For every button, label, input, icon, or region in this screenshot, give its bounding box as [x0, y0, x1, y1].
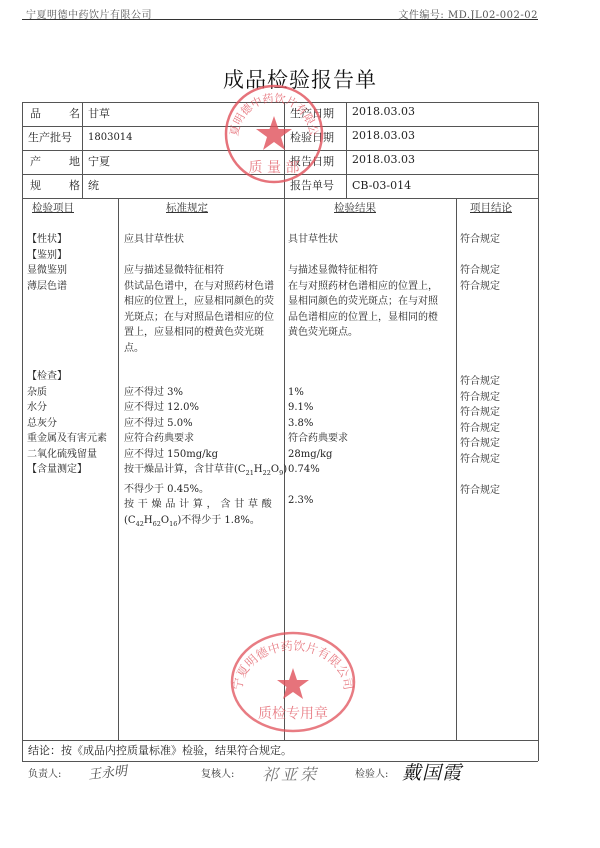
report-conclusion: 结论：按《成品内控质量标准》检验，结果符合规定。	[28, 742, 292, 758]
assay-standard-1: 按干燥品计算，含甘草苷(C21H22O9)	[124, 462, 287, 482]
header-test-item: 检验项目	[32, 200, 74, 215]
inspector-label: 检验人:	[355, 765, 388, 780]
item-identification: 【鉴别】	[27, 248, 67, 264]
inspector-signature: 戴国霞	[402, 758, 462, 785]
label-inspection-date: 检验日期	[290, 126, 334, 150]
label-report-date: 报告日期	[290, 150, 334, 174]
checks-standards: 应不得过 3% 应不得过 12.0% 应不得过 5.0% 应符合药典要求 应不得…	[124, 385, 287, 533]
value-report-number: CB-03-014	[352, 174, 411, 198]
label-production-date: 生产日期	[290, 102, 334, 126]
standards-column: 应具甘草性状 应与描述显微特征相符 供试品色谱中，在与对照药材色谱 相应的位置上…	[124, 232, 274, 356]
item-properties: 【性状】	[27, 232, 67, 248]
checks-conclusions: 符合规定 符合规定 符合规定 符合规定 符合规定 符合规定 符合规定	[460, 374, 500, 498]
results-column: 具甘草性状 与描述显微特征相符 在与对照药材色谱相应的位置上， 显相同颜色的荧光…	[288, 232, 438, 341]
label-origin: 产地	[30, 150, 80, 174]
label-report-number: 报告单号	[290, 174, 334, 198]
page-title: 成品检验报告单	[0, 64, 600, 94]
svg-text:宁夏明德中药饮片有限公司: 宁夏明德中药饮片有限公司	[231, 639, 356, 691]
header-conclusion: 项目结论	[470, 200, 512, 215]
responsible-label: 负责人:	[28, 765, 61, 780]
reviewer-label: 复核人:	[201, 765, 234, 780]
checks-results: 1% 9.1% 3.8% 符合药典要求 28mg/kg 0.74% 2.3%	[288, 385, 348, 509]
label-batch-number: 生产批号	[28, 126, 72, 150]
checks-items: 【检查】 杂质 水分 总灰分 重金属及有害元素 二氧化硫残留量 【含量测定】	[27, 369, 107, 478]
assay-heading: 【含量测定】	[27, 462, 107, 478]
header-result: 检验结果	[334, 200, 376, 215]
value-inspection-date: 2018.03.03	[352, 124, 415, 148]
label-specification: 规格	[30, 174, 80, 198]
quality-inspection-stamp: 宁夏明德中药饮片有限公司 质检专用章	[228, 630, 358, 734]
item-microscopy: 显微鉴别	[27, 263, 67, 279]
svg-text:质检专用章: 质检专用章	[258, 705, 328, 722]
value-report-date: 2018.03.03	[352, 148, 415, 172]
item-tlc: 薄层色谱	[27, 279, 67, 295]
value-production-date: 2018.03.03	[352, 100, 415, 124]
star-icon	[256, 116, 292, 150]
value-product-name: 甘草	[88, 102, 110, 126]
header-divider	[22, 19, 538, 20]
header-standard: 标准规定	[166, 200, 208, 215]
value-origin: 宁夏	[88, 150, 110, 174]
star-icon	[277, 668, 309, 699]
assay-standard-2: 按 干 燥 品 计 算 ， 含 甘 草 酸	[124, 497, 287, 513]
value-specification: 统	[88, 174, 99, 198]
label-product-name: 品名	[30, 102, 80, 126]
conclusions-column-top: 符合规定 符合规定 符合规定	[460, 232, 500, 294]
responsible-signature: 王永明	[87, 760, 128, 783]
test-items-column: 【性状】 【鉴别】 显微鉴别 薄层色谱	[27, 232, 67, 294]
value-batch-number: 1803014	[88, 126, 133, 150]
reviewer-signature: 祁亚荣	[262, 762, 319, 785]
checks-heading: 【检查】	[27, 369, 107, 385]
